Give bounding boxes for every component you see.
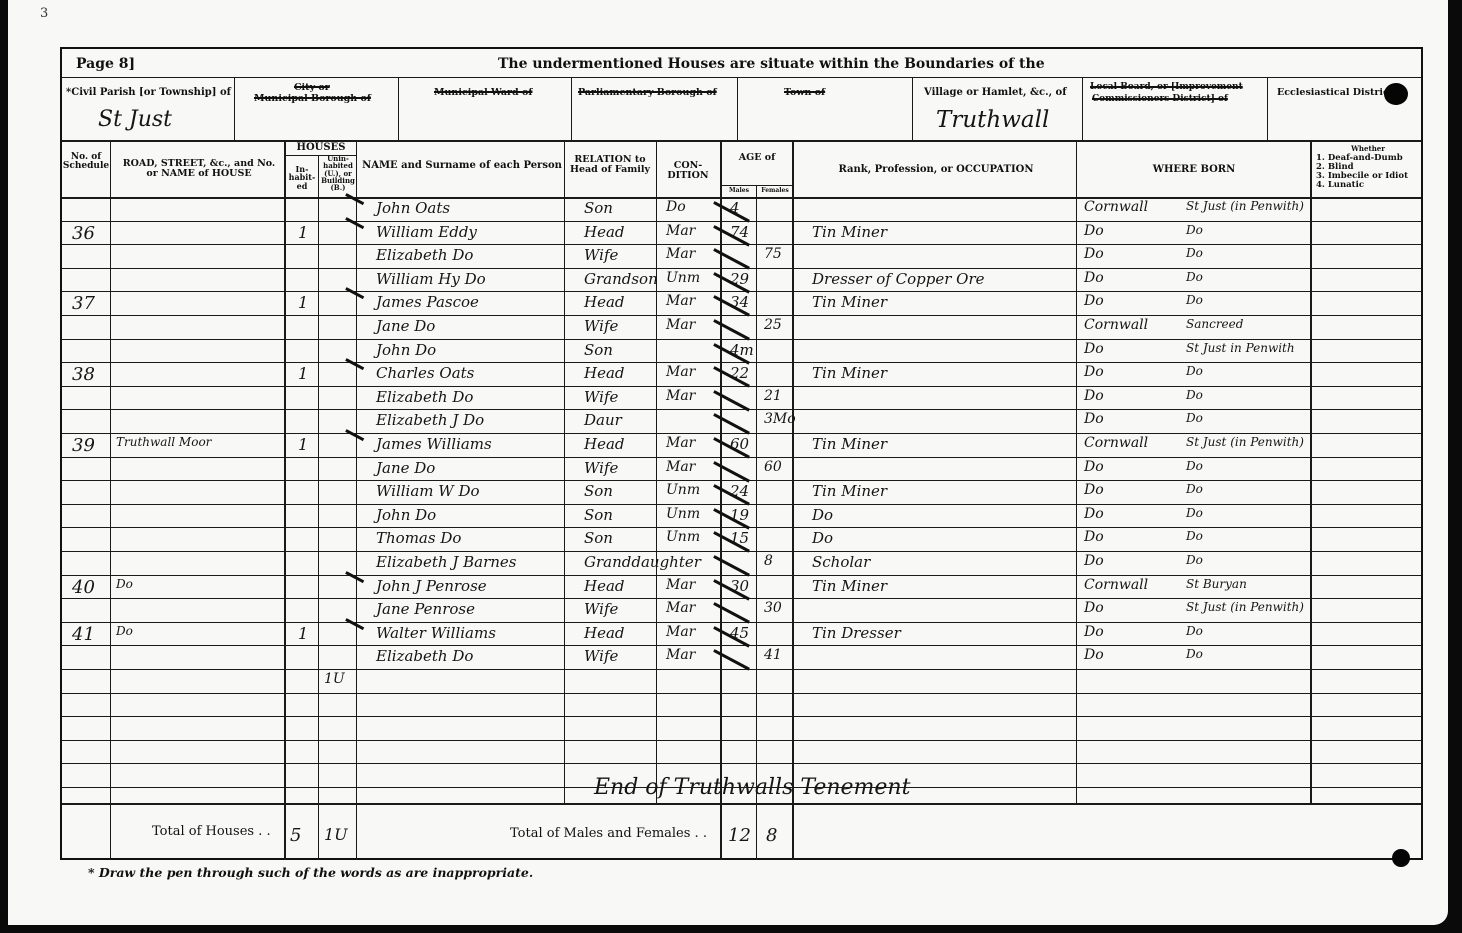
- name-cell: Jane Do: [376, 317, 435, 335]
- household-separator-mark: [345, 429, 364, 441]
- civil-parish-label: *Civil Parish [or Township] of: [66, 87, 231, 98]
- footnote: * Draw the pen through such of the words…: [88, 865, 533, 880]
- schedule-cell: 39: [72, 435, 95, 456]
- occupation-cell: Tin Miner: [812, 293, 887, 311]
- born-place-cell: St Just (in Penwith): [1186, 435, 1304, 449]
- relation-cell: Wife: [584, 647, 618, 665]
- schedule-cell: 38: [72, 364, 95, 385]
- female-age-cell: 3Mo: [764, 411, 796, 427]
- born-county-cell: Cornwall: [1084, 577, 1148, 593]
- relation-cell: Wife: [584, 317, 618, 335]
- row-rule: [62, 740, 1421, 741]
- born-county-cell: Do: [1084, 411, 1104, 427]
- condition-cell: Mar: [666, 293, 695, 309]
- col-age: AGE of: [722, 153, 792, 163]
- relation-cell: Son: [584, 506, 613, 524]
- local-board-label: Local Board, or [Improvement: [1090, 82, 1243, 92]
- name-cell: William Hy Do: [376, 270, 486, 288]
- condition-cell: Mar: [666, 317, 695, 333]
- relation-cell: Wife: [584, 600, 618, 618]
- relation-cell: Grandson: [584, 270, 658, 288]
- relation-cell: Granddaughter: [584, 553, 701, 571]
- census-page: 3 Page 8] The undermentioned Houses are …: [8, 0, 1448, 925]
- name-cell: William Eddy: [376, 223, 477, 241]
- born-place-cell: Do: [1186, 411, 1203, 425]
- total-uninhabited: 1U: [324, 825, 348, 844]
- born-county-cell: Do: [1084, 388, 1104, 404]
- relation-cell: Head: [584, 223, 625, 241]
- born-county-cell: Do: [1084, 341, 1104, 357]
- born-county-cell: Do: [1084, 553, 1104, 569]
- row-rule: [62, 622, 1421, 623]
- occupation-cell: Scholar: [812, 553, 870, 571]
- row-rule: [62, 244, 1421, 245]
- born-place-cell: Do: [1186, 553, 1203, 567]
- tally-stroke: [713, 461, 749, 482]
- born-county-cell: Do: [1084, 364, 1104, 380]
- occupation-cell: Tin Miner: [812, 364, 887, 382]
- total-inhabited: 5: [290, 825, 301, 846]
- village-label: Village or Hamlet, &c., of: [924, 87, 1067, 98]
- born-county-cell: Do: [1084, 647, 1104, 663]
- female-age-cell: 25: [764, 317, 782, 333]
- schedule-cell: 36: [72, 223, 95, 244]
- born-county-cell: Do: [1084, 506, 1104, 522]
- occupation-cell: Tin Miner: [812, 482, 887, 500]
- whether-item-4: 4. Lunatic: [1316, 181, 1364, 190]
- corner-mark: 3: [40, 6, 48, 21]
- female-age-cell: 41: [764, 647, 782, 663]
- municipal-ward-label: Municipal Ward of: [434, 87, 532, 98]
- born-county-cell: Do: [1084, 482, 1104, 498]
- occupation-cell: Dresser of Copper Ore: [812, 270, 985, 288]
- occupation-cell: Tin Miner: [812, 435, 887, 453]
- condition-cell: Mar: [666, 388, 695, 404]
- household-separator-mark: [345, 288, 364, 300]
- schedule-cell: 37: [72, 293, 95, 314]
- name-cell: Elizabeth J Barnes: [376, 553, 516, 571]
- occupation-cell: Tin Miner: [812, 577, 887, 595]
- row-rule: [62, 221, 1421, 222]
- name-cell: Charles Oats: [376, 364, 474, 382]
- ecclesiastical-label: Ecclesiastical District: [1277, 87, 1393, 98]
- relation-cell: Wife: [584, 246, 618, 264]
- col-houses: HOUSES: [286, 143, 356, 154]
- road-cell: Do: [116, 577, 133, 591]
- condition-cell: Unm: [666, 482, 700, 498]
- born-county-cell: Do: [1084, 529, 1104, 545]
- inhabited-cell: 1: [298, 624, 308, 643]
- condition-cell: Mar: [666, 246, 695, 262]
- occupation-cell: Tin Miner: [812, 223, 887, 241]
- condition-cell: Mar: [666, 223, 695, 239]
- col-inhabited: In-habit-ed: [286, 165, 318, 190]
- occupation-cell: Do: [812, 529, 833, 547]
- col-born: WHERE BORN: [1078, 165, 1310, 176]
- name-cell: John J Penrose: [376, 577, 487, 595]
- born-place-cell: Do: [1186, 270, 1203, 284]
- uninhabited-cell: 1U: [324, 671, 345, 687]
- born-county-cell: Do: [1084, 293, 1104, 309]
- col-females: Females: [758, 188, 792, 194]
- row-rule: [62, 291, 1421, 292]
- tally-stroke: [713, 390, 749, 411]
- condition-cell: Do: [666, 199, 686, 215]
- page-heading: The undermentioned Houses are situate wi…: [498, 56, 1045, 72]
- name-cell: Jane Do: [376, 459, 435, 477]
- col-uninhabited: Unin-habited (U.), or Building (B.): [320, 155, 356, 192]
- commissioners-label: Commissioners District] of: [1092, 94, 1228, 104]
- col-condition: CON-DITION: [658, 161, 718, 181]
- name-cell: John Oats: [376, 199, 450, 217]
- col-road: ROAD, STREET, &c., and No. or NAME of HO…: [116, 159, 282, 179]
- parliamentary-borough-label: Parliamentary Borough of: [578, 87, 717, 98]
- relation-cell: Wife: [584, 459, 618, 477]
- relation-cell: Daur: [584, 411, 622, 429]
- name-cell: John Do: [376, 341, 436, 359]
- female-age-cell: 75: [764, 246, 782, 262]
- relation-cell: Son: [584, 341, 613, 359]
- row-rule: [62, 787, 1421, 788]
- row-rule: [62, 362, 1421, 363]
- village-value: Truthwall: [936, 107, 1049, 133]
- relation-cell: Wife: [584, 388, 618, 406]
- row-rule: [62, 315, 1421, 316]
- relation-cell: Head: [584, 293, 625, 311]
- schedule-cell: 40: [72, 577, 95, 598]
- female-age-cell: 30: [764, 600, 782, 616]
- born-county-cell: Do: [1084, 624, 1104, 640]
- born-place-cell: Do: [1186, 223, 1203, 237]
- row-rule: [62, 716, 1421, 717]
- civil-parish-value: St Just: [98, 107, 172, 132]
- tally-stroke: [713, 650, 749, 671]
- row-rule: [62, 504, 1421, 505]
- household-separator-mark: [345, 618, 364, 630]
- born-place-cell: Do: [1186, 506, 1203, 520]
- born-county-cell: Do: [1084, 270, 1104, 286]
- name-cell: Elizabeth Do: [376, 388, 473, 406]
- born-county-cell: Cornwall: [1084, 199, 1148, 215]
- relation-cell: Head: [584, 364, 625, 382]
- name-cell: Elizabeth Do: [376, 647, 473, 665]
- tally-stroke: [713, 602, 749, 623]
- col-relation: RELATION to Head of Family: [566, 155, 654, 175]
- tally-stroke: [713, 555, 749, 576]
- born-county-cell: Do: [1084, 600, 1104, 616]
- born-place-cell: Do: [1186, 459, 1203, 473]
- born-place-cell: Do: [1186, 624, 1203, 638]
- household-separator-mark: [345, 571, 364, 583]
- born-place-cell: Do: [1186, 246, 1203, 260]
- born-county-cell: Cornwall: [1084, 435, 1148, 451]
- row-rule: [62, 669, 1421, 670]
- relation-cell: Head: [584, 577, 625, 595]
- ink-blot-bottom: [1392, 849, 1410, 867]
- row-rule: [62, 457, 1421, 458]
- condition-cell: Unm: [666, 506, 700, 522]
- condition-cell: Mar: [666, 624, 695, 640]
- road-cell: Do: [116, 624, 133, 638]
- born-place-cell: Do: [1186, 529, 1203, 543]
- name-cell: James Williams: [376, 435, 492, 453]
- row-rule: [62, 339, 1421, 340]
- col-males: Males: [722, 188, 756, 194]
- born-place-cell: Do: [1186, 364, 1203, 378]
- born-place-cell: St Buryan: [1186, 577, 1247, 591]
- name-cell: Thomas Do: [376, 529, 461, 547]
- city-label: City or: [294, 82, 330, 93]
- born-place-cell: St Just (in Penwith): [1186, 199, 1304, 213]
- born-place-cell: Do: [1186, 647, 1203, 661]
- row-rule: [62, 763, 1421, 764]
- occupation-cell: Tin Dresser: [812, 624, 901, 642]
- born-county-cell: Do: [1084, 246, 1104, 262]
- row-rule: [62, 409, 1421, 410]
- inhabited-cell: 1: [298, 364, 308, 383]
- name-cell: Elizabeth J Do: [376, 411, 484, 429]
- tally-stroke: [713, 248, 749, 269]
- census-form: Page 8] The undermentioned Houses are si…: [60, 47, 1423, 860]
- born-county-cell: Do: [1084, 459, 1104, 475]
- name-cell: Walter Williams: [376, 624, 496, 642]
- inhabited-cell: 1: [298, 435, 308, 454]
- born-place-cell: Do: [1186, 293, 1203, 307]
- col-occupation: Rank, Profession, or OCCUPATION: [796, 165, 1076, 176]
- inhabited-cell: 1: [298, 293, 308, 312]
- row-rule: [62, 480, 1421, 481]
- condition-cell: Unm: [666, 529, 700, 545]
- name-cell: James Pascoe: [376, 293, 479, 311]
- name-cell: Jane Penrose: [376, 600, 475, 618]
- relation-cell: Son: [584, 199, 613, 217]
- col-schedule: No. of Schedule: [62, 153, 110, 172]
- condition-cell: Mar: [666, 647, 695, 663]
- page-label: Page 8]: [76, 56, 135, 72]
- col-name: NAME and Surname of each Person: [362, 161, 562, 172]
- row-rule: [62, 551, 1421, 552]
- row-rule: [62, 527, 1421, 528]
- name-cell: William W Do: [376, 482, 480, 500]
- relation-cell: Head: [584, 624, 625, 642]
- condition-cell: Unm: [666, 270, 700, 286]
- condition-cell: Mar: [666, 600, 695, 616]
- born-place-cell: St Just (in Penwith): [1186, 600, 1304, 614]
- col-whether: Whether: [1314, 145, 1422, 152]
- tally-stroke: [713, 414, 749, 435]
- condition-cell: Mar: [666, 459, 695, 475]
- schedule-cell: 41: [72, 624, 95, 645]
- relation-cell: Son: [584, 529, 613, 547]
- inhabited-cell: 1: [298, 223, 308, 242]
- row-rule: [62, 386, 1421, 387]
- row-rule: [62, 575, 1421, 576]
- condition-cell: Mar: [666, 577, 695, 593]
- road-cell: Truthwall Moor: [116, 435, 211, 449]
- total-males: 12: [728, 825, 751, 846]
- total-houses-label: Total of Houses . .: [152, 824, 271, 839]
- row-rule: [62, 598, 1421, 599]
- condition-cell: Mar: [666, 435, 695, 451]
- relation-cell: Head: [584, 435, 625, 453]
- town-label: Town of: [784, 87, 825, 98]
- born-county-cell: Cornwall: [1084, 317, 1148, 333]
- born-place-cell: Sancreed: [1186, 317, 1243, 331]
- born-place-cell: Do: [1186, 388, 1203, 402]
- name-cell: John Do: [376, 506, 436, 524]
- row-rule: [62, 693, 1421, 694]
- household-separator-mark: [345, 217, 364, 229]
- row-rule: [62, 433, 1421, 434]
- female-age-cell: 60: [764, 459, 782, 475]
- born-place-cell: St Just in Penwith: [1186, 341, 1295, 355]
- female-age-cell: 8: [764, 553, 773, 569]
- condition-cell: Mar: [666, 364, 695, 380]
- municipal-borough-label: Municipal Borough of: [254, 93, 371, 104]
- born-place-cell: Do: [1186, 482, 1203, 496]
- row-rule: [62, 268, 1421, 269]
- born-county-cell: Do: [1084, 223, 1104, 239]
- household-separator-mark: [345, 358, 364, 370]
- total-females: 8: [766, 825, 777, 846]
- occupation-cell: Do: [812, 506, 833, 524]
- total-people-label: Total of Males and Females . .: [510, 826, 707, 841]
- row-rule: [62, 645, 1421, 646]
- relation-cell: Son: [584, 482, 613, 500]
- name-cell: Elizabeth Do: [376, 246, 473, 264]
- female-age-cell: 21: [764, 388, 782, 404]
- tally-stroke: [713, 319, 749, 340]
- ink-blot: [1384, 83, 1408, 105]
